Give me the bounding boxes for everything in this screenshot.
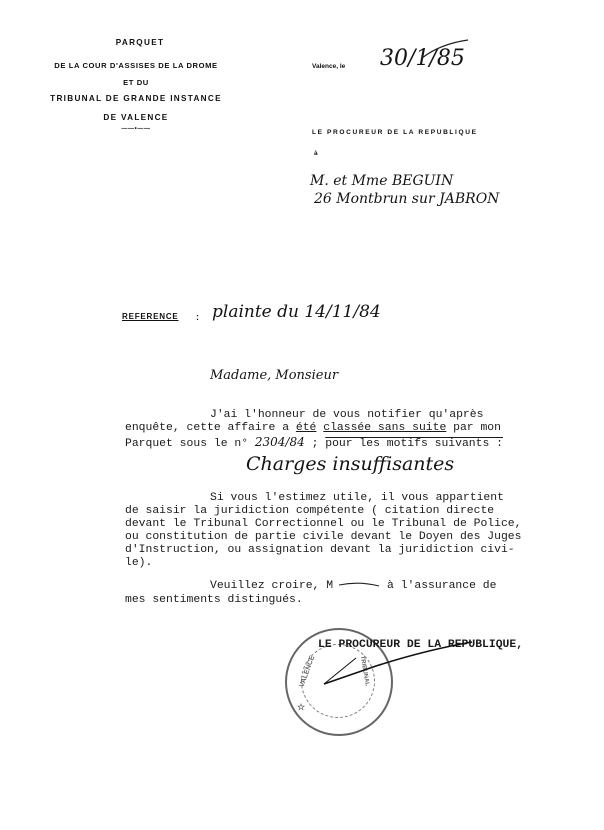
recipient-name: M. et Mme BEGUIN: [310, 173, 453, 189]
body-p1-classee: classée sans suite: [323, 422, 446, 434]
letterhead-parquet: PARQUET: [100, 38, 180, 47]
letterhead-cour: DE LA COUR D'ASSISES DE LA DROME: [36, 61, 236, 70]
date-flourish-icon: [420, 38, 470, 60]
body-p2-line5: d'Instruction, ou assignation devant la …: [125, 544, 515, 557]
body-p3-line1-b: à l'assurance de: [387, 580, 496, 592]
body-p1-line1: J'ai l'honneur de vous notifier qu'après: [210, 409, 483, 422]
motif-handwritten: Charges insuffisantes: [246, 453, 454, 475]
reference-label: REFERENCE: [122, 312, 179, 321]
letterhead-tribunal: TRIBUNAL DE GRANDE INSTANCE: [34, 94, 238, 103]
body-p2-line6: le).: [125, 557, 152, 570]
reference-value: plainte du 14/11/84: [212, 302, 381, 322]
body-p1-line3-b: ;: [305, 438, 326, 450]
letterhead-et-du: ET DU: [106, 78, 166, 87]
case-number: 2304/84: [255, 435, 305, 449]
body-p1-line3-c: pour les motifs suivants :: [325, 438, 503, 450]
body-p2-line1: Si vous l'estimez utile, il vous apparti…: [210, 492, 504, 505]
body-p2-line3: devant le Tribunal Correctionnel ou le T…: [125, 518, 521, 531]
date-label: Valence, le: [312, 63, 345, 70]
body-p2-line2: de saisir la juridiction compétente ( ci…: [125, 505, 494, 518]
stamp-star-icon: ☆: [297, 702, 305, 713]
sender-title: LE PROCUREUR DE LA REPUBLIQUE: [312, 129, 478, 136]
body-p1-line2-b: par mon: [446, 422, 501, 434]
reference-colon: :: [196, 312, 199, 322]
recipient-address: 26 Montbrun sur JABRON: [314, 191, 499, 207]
letterhead-valence: DE VALENCE: [96, 113, 176, 122]
body-p1-line3: Parquet sous le n° 2304/84 ; pour les mo…: [125, 436, 503, 451]
letterhead-separator: ——•——: [106, 126, 166, 132]
body-p3-line2: mes sentiments distingués.: [125, 594, 303, 607]
signature-stroke-icon: [316, 640, 476, 688]
sender-to: à: [314, 150, 318, 157]
body-p3-line1: Veuillez croire, Mà l'assurance de: [210, 580, 496, 593]
body-p1-ete: été: [296, 422, 317, 434]
body-p1-line3-a: Parquet sous le n°: [125, 438, 255, 450]
body-p2-line4: ou constitution de partie civile devant …: [125, 531, 521, 544]
body-p1-line2: enquête, cette affaire a été classée san…: [125, 422, 501, 435]
body-p1-line2-a: enquête, cette affaire a: [125, 422, 296, 434]
body-p3-line1-a: Veuillez croire, M: [210, 580, 333, 592]
dash-blank-icon: [337, 580, 383, 590]
salutation: Madame, Monsieur: [210, 368, 338, 383]
